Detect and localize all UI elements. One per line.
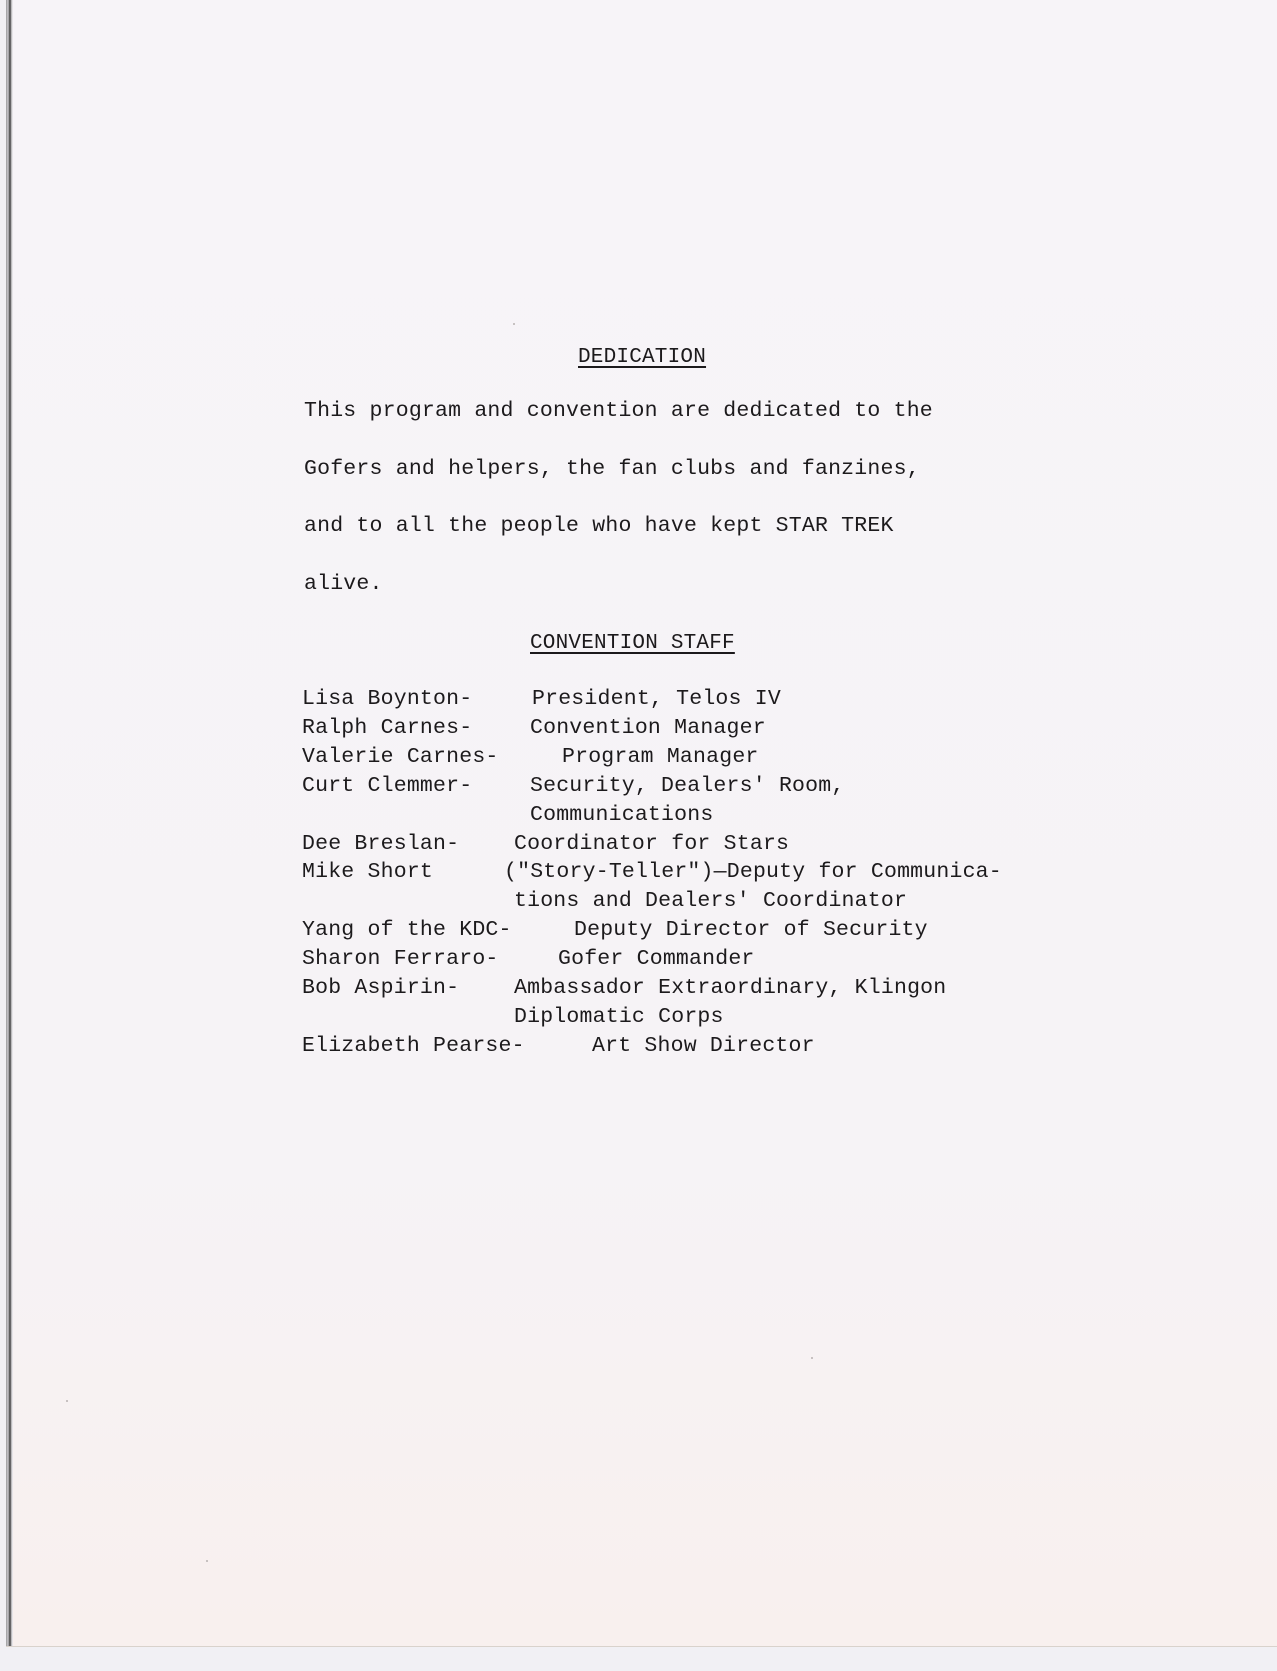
- dedication-line: This program and convention are dedicate…: [304, 401, 933, 423]
- dedication-heading: DEDICATION: [578, 347, 706, 368]
- staple-binding-edge: [6, 0, 13, 1646]
- staff-name: Elizabeth Pearse-: [302, 1036, 525, 1058]
- paper-speck: [811, 1357, 813, 1359]
- staff-name: Valerie Carnes-: [302, 747, 499, 769]
- staff-role: Coordinator for Stars: [514, 834, 789, 856]
- staff-heading: CONVENTION STAFF: [530, 633, 735, 654]
- staff-role: Deputy Director of Security: [574, 920, 928, 942]
- staff-role: ("Story-Teller")—Deputy for Communica-: [504, 862, 1002, 884]
- staff-name: Sharon Ferraro-: [302, 949, 499, 971]
- staff-role: Art Show Director: [592, 1036, 815, 1058]
- dedication-line: Gofers and helpers, the fan clubs and fa…: [304, 459, 920, 481]
- staff-role: President, Telos IV: [532, 689, 781, 711]
- staff-role: Convention Manager: [530, 718, 766, 740]
- staff-name: Lisa Boynton-: [302, 689, 472, 711]
- paper-speck: [513, 323, 515, 325]
- document-page: DEDICATION This program and convention a…: [6, 0, 1277, 1647]
- staff-role: Ambassador Extraordinary, Klingon: [514, 978, 946, 1000]
- staff-name: Mike Short: [302, 862, 433, 884]
- paper-speck: [206, 1560, 208, 1562]
- staff-role-continued: Communications: [530, 805, 713, 827]
- dedication-line: and to all the people who have kept STAR…: [304, 516, 894, 538]
- staff-name: Yang of the KDC-: [302, 920, 512, 942]
- dedication-line: alive.: [304, 574, 383, 596]
- staff-name: Bob Aspirin-: [302, 978, 459, 1000]
- staff-role-continued: tions and Dealers' Coordinator: [514, 891, 907, 913]
- staff-role: Gofer Commander: [558, 949, 755, 971]
- staff-name: Curt Clemmer-: [302, 776, 472, 798]
- staff-name: Dee Breslan-: [302, 834, 459, 856]
- staff-role: Program Manager: [562, 747, 759, 769]
- paper-speck: [66, 1400, 68, 1402]
- staff-role: Security, Dealers' Room,: [530, 776, 844, 798]
- staff-role-continued: Diplomatic Corps: [514, 1007, 724, 1029]
- staff-name: Ralph Carnes-: [302, 718, 472, 740]
